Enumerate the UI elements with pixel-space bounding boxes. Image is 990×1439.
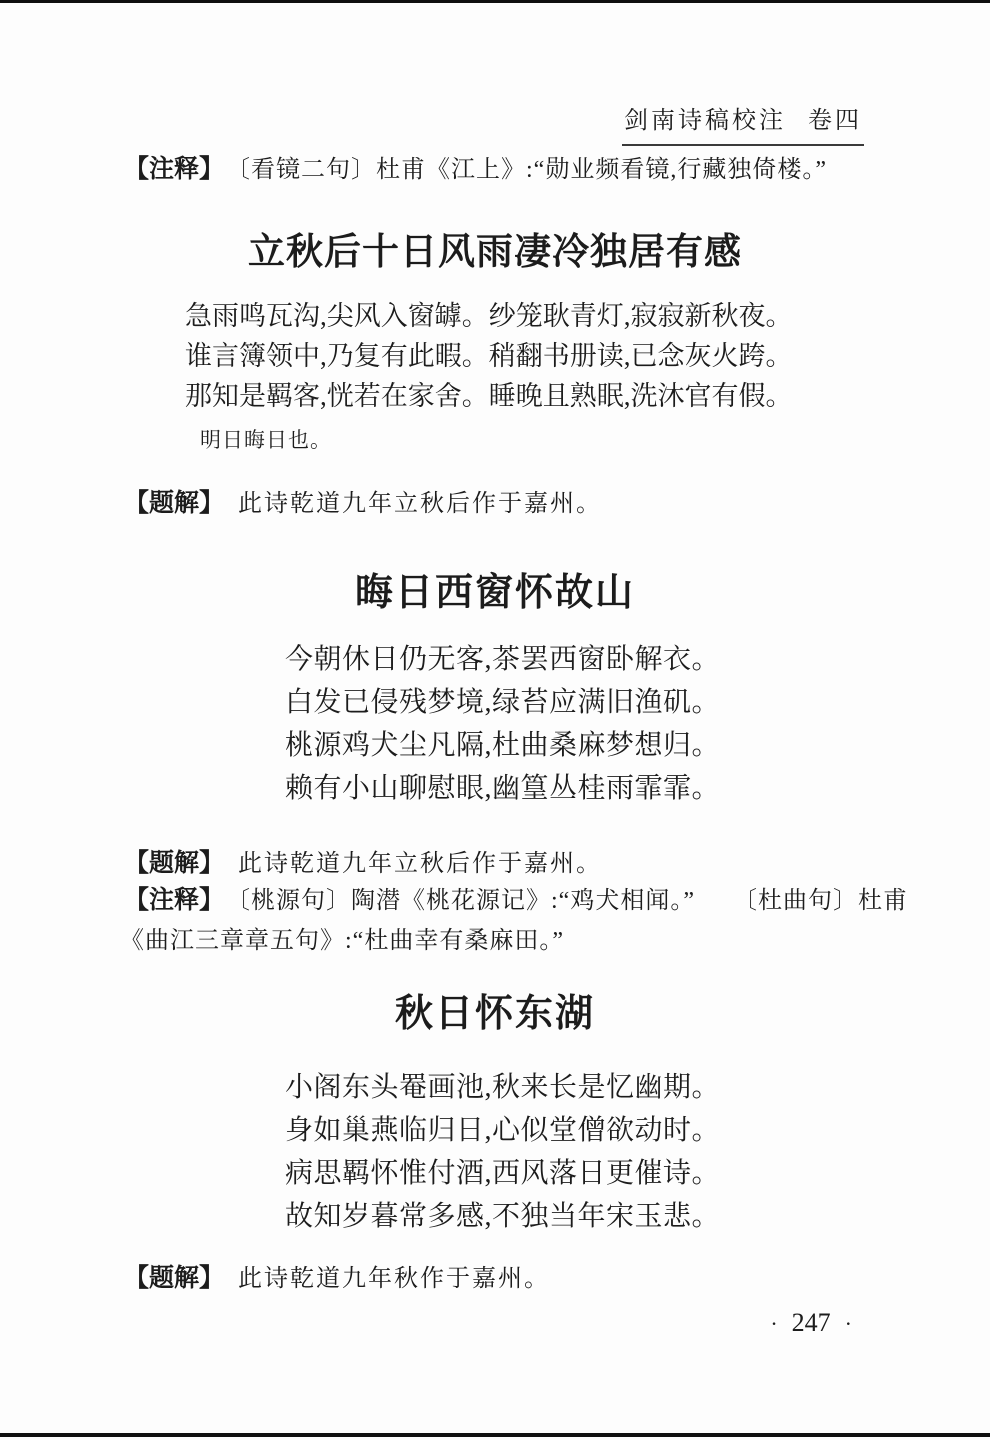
- poem1-line: 谁言簿领中,乃复有此暇。稍翻书册读,已念灰火跨。: [185, 336, 793, 376]
- poem1-line: 那知是羁客,恍若在家舍。睡晚且熟眠,洗沐官有假。: [185, 376, 793, 416]
- page-number-dot: ·: [770, 1311, 777, 1336]
- poem3-line: 病思羁怀惟付酒,西风落日更催诗。: [285, 1152, 720, 1195]
- annotation-label: 【注释】: [124, 155, 224, 183]
- tijie-text: 此诗乾道九年立秋后作于嘉州。: [238, 851, 602, 877]
- poem1-body: 急雨鸣瓦沟,尖风入窗罅。纱笼耿青灯,寂寂新秋夜。 谁言簿领中,乃复有此暇。稍翻书…: [185, 296, 793, 416]
- poem1-self-note: 明日晦日也。: [200, 424, 332, 454]
- running-header-volume: 卷四: [808, 108, 862, 134]
- poem3-tijie: 【题解】此诗乾道九年秋作于嘉州。: [124, 1258, 884, 1294]
- page-bottom-edge-line: [0, 1433, 990, 1437]
- running-header-book-title: 剑南诗稿校注: [624, 108, 786, 134]
- zhushi-line: 【注释】〔桃源句〕陶潜《桃花源记》:“鸡犬相闻。” 〔杜曲句〕杜甫: [124, 880, 894, 921]
- poem3-body: 小阁东头罨画池,秋来长是忆幽期。 身如巢燕临归日,心似堂僧欲动时。 病思羁怀惟付…: [285, 1066, 720, 1238]
- poem3-line: 故知岁暮常多感,不独当年宋玉悲。: [285, 1195, 720, 1238]
- tijie-label: 【题解】: [124, 1264, 224, 1292]
- tijie-text: 此诗乾道九年立秋后作于嘉州。: [238, 491, 602, 517]
- book-page: 剑南诗稿校注卷四 【注释】〔看镜二句〕杜甫《江上》:“勋业频看镜,行藏独倚楼。”…: [0, 0, 990, 1439]
- poem2-zhushi: 【注释】〔桃源句〕陶潜《桃花源记》:“鸡犬相闻。” 〔杜曲句〕杜甫 《曲江三章章…: [124, 880, 894, 961]
- running-header: 剑南诗稿校注卷四: [622, 100, 864, 146]
- poem2-tijie: 【题解】此诗乾道九年立秋后作于嘉州。: [124, 843, 884, 879]
- annotation-carryover: 【注释】〔看镜二句〕杜甫《江上》:“勋业频看镜,行藏独倚楼。”: [124, 149, 872, 190]
- tijie-text: 此诗乾道九年秋作于嘉州。: [238, 1266, 550, 1292]
- tijie-label: 【题解】: [124, 849, 224, 877]
- poem2-line: 赖有小山聊慰眼,幽篁丛桂雨霏霏。: [285, 767, 720, 810]
- page-number-dot: ·: [845, 1311, 852, 1336]
- zhushi-line: 《曲江三章章五句》:“杜曲幸有桑麻田。”: [120, 921, 894, 961]
- poem1-line: 急雨鸣瓦沟,尖风入窗罅。纱笼耿青灯,寂寂新秋夜。: [185, 296, 793, 336]
- zhushi-text: 〔桃源句〕陶潜《桃花源记》:“鸡犬相闻。” 〔杜曲句〕杜甫: [238, 888, 908, 914]
- poem3-line: 小阁东头罨画池,秋来长是忆幽期。: [285, 1066, 720, 1109]
- poem2-line: 白发已侵残梦境,绿苔应满旧渔矶。: [285, 681, 720, 724]
- poem3-line: 身如巢燕临归日,心似堂僧欲动时。: [285, 1109, 720, 1152]
- poem2-line: 桃源鸡犬尘凡隔,杜曲桑麻梦想归。: [285, 724, 720, 767]
- poem1-title: 立秋后十日风雨凄冷独居有感: [0, 221, 990, 275]
- poem3-title: 秋日怀东湖: [0, 982, 990, 1037]
- poem2-body: 今朝休日仍无客,茶罢西窗卧解衣。 白发已侵残梦境,绿苔应满旧渔矶。 桃源鸡犬尘凡…: [285, 638, 720, 810]
- page-number: ·247·: [756, 1308, 866, 1338]
- poem2-title: 晦日西窗怀故山: [0, 561, 990, 616]
- page-top-edge-line: [0, 0, 990, 3]
- poem1-tijie: 【题解】此诗乾道九年立秋后作于嘉州。: [124, 483, 884, 519]
- poem2-line: 今朝休日仍无客,茶罢西窗卧解衣。: [285, 638, 720, 681]
- annotation-text: 〔看镜二句〕杜甫《江上》:“勋业频看镜,行藏独倚楼。”: [238, 157, 827, 183]
- page-number-value: 247: [792, 1308, 831, 1337]
- zhushi-label: 【注释】: [124, 886, 224, 914]
- tijie-label: 【题解】: [124, 489, 224, 517]
